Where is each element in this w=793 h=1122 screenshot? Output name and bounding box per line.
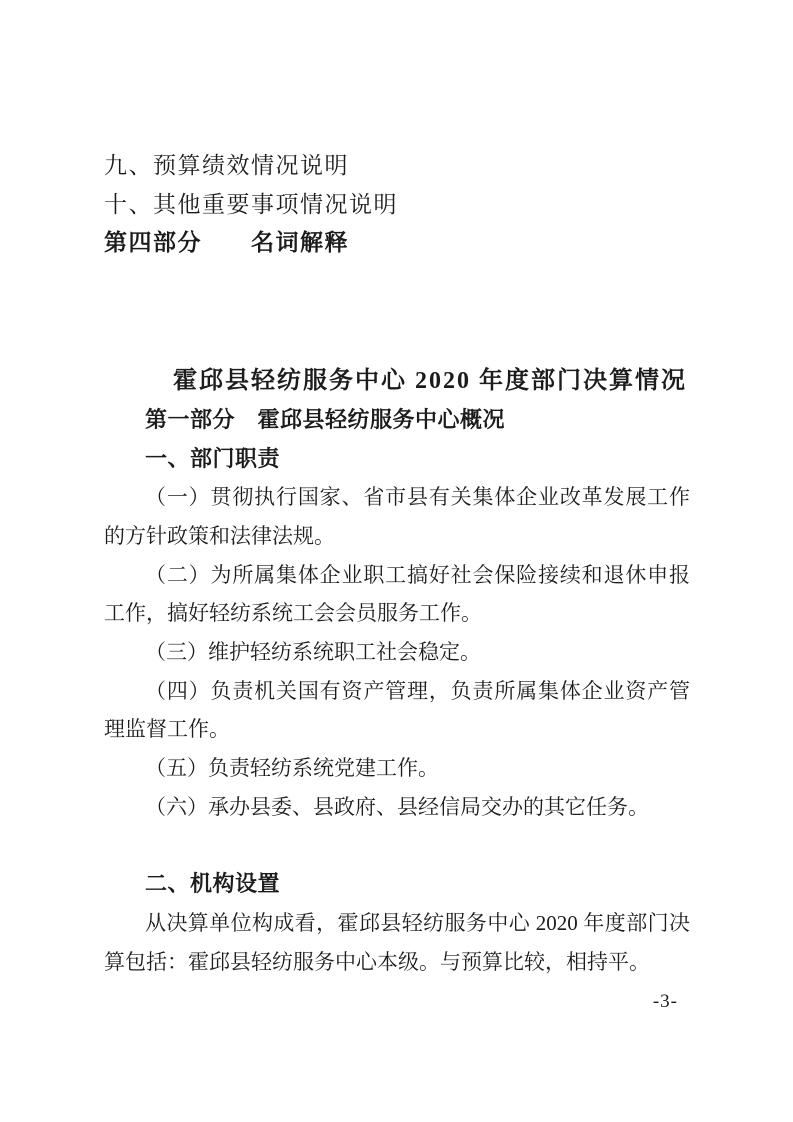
page-number: -3- bbox=[653, 991, 678, 1013]
duty-paragraph: （二）为所属集体企业职工搞好社会保险接续和退休申报工作，搞好轻纺系统工会会员服务… bbox=[104, 556, 690, 633]
toc-item: 九、预算绩效情况说明 bbox=[104, 147, 690, 186]
duty-paragraph: （一）贯彻执行国家、省市县有关集体企业改革发展工作的方针政策和法律法规。 bbox=[104, 478, 690, 555]
document-page: 九、预算绩效情况说明 十、其他重要事项情况说明 第四部分 名词解释 霍邱县轻纺服… bbox=[0, 0, 793, 1122]
duty-paragraph: （六）承办县委、县政府、县经信局交办的其它任务。 bbox=[104, 788, 690, 827]
duty-paragraph: （三）维护轻纺系统职工社会稳定。 bbox=[104, 633, 690, 672]
duty-paragraph: （四）负责机关国有资产管理，负责所属集体企业资产管理监督工作。 bbox=[104, 672, 690, 749]
duty-paragraph: （五）负责轻纺系统党建工作。 bbox=[104, 749, 690, 788]
section1-heading: 一、部门职责 bbox=[104, 440, 690, 479]
part1-heading: 第一部分 霍邱县轻纺服务中心概况 bbox=[104, 401, 690, 440]
section2-heading: 二、机构设置 bbox=[104, 865, 690, 904]
toc-item: 十、其他重要事项情况说明 bbox=[104, 186, 690, 225]
document-title: 霍邱县轻纺服务中心 2020 年度部门决算情况 bbox=[173, 362, 690, 401]
document-content: 九、预算绩效情况说明 十、其他重要事项情况说明 第四部分 名词解释 霍邱县轻纺服… bbox=[104, 0, 690, 981]
toc-part4-heading: 第四部分 名词解释 bbox=[104, 224, 690, 263]
section2-paragraph: 从决算单位构成看，霍邱县轻纺服务中心 2020 年度部门决算包括：霍邱县轻纺服务… bbox=[104, 904, 690, 981]
